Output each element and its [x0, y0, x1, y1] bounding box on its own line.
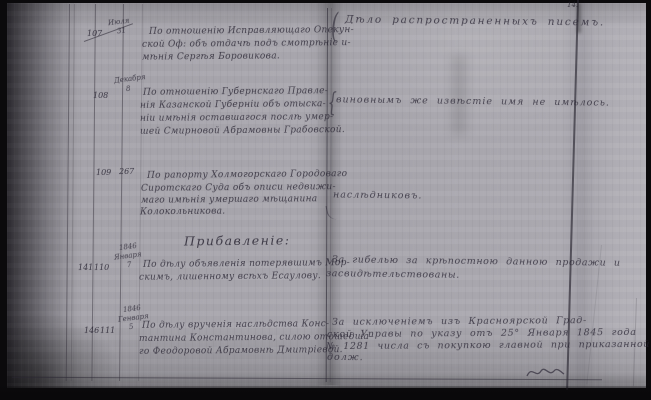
entry3-number2: 267: [119, 167, 134, 176]
entry1-line: По отношенію Исправляющаго Опекун-: [149, 25, 354, 37]
entry5-number: 146: [84, 326, 99, 335]
entry2-line: нія Казанской Губерніи объ отыска-: [140, 99, 326, 111]
entry3-line: По рапорту Холмогорскаго Городоваго: [147, 169, 347, 181]
entry3-number: 109: [96, 168, 111, 177]
entry5-line: го Феодоровой Абрамовнѣ Дмитріевой.: [139, 345, 343, 357]
section-heading: Прибавленіе:: [184, 233, 291, 249]
entry2-number: 108: [93, 91, 108, 100]
entry4-number: 141: [78, 263, 93, 272]
entry3-line: маго имѣнія умершаго мѣщанина: [141, 194, 318, 206]
entry4-number2: 110: [94, 263, 109, 272]
opening-paren-mark: (: [331, 6, 338, 46]
entry4-line: По дѣлу объявленія потерявшимъ Мор-: [143, 258, 350, 270]
scanned-register-page: 14. Июля 31 107 По отношенію Исправляюща…: [0, 0, 651, 400]
entry3-line: Колокольникова.: [140, 207, 226, 218]
signature-scribble: [524, 361, 566, 383]
entry2-date-day: 8: [126, 85, 131, 93]
bottom-black-border: [0, 386, 651, 400]
entry1-line: мѣнія Сергѣя Боровикова.: [142, 51, 280, 62]
resolution4-line: засвидѣтельствованы.: [326, 268, 460, 281]
entry5-line: По дѣлу врученія наслѣдства Конс-: [142, 319, 329, 331]
entry3-line: Сиротскаго Суда объ описи недвижи-: [141, 182, 336, 194]
folio-number: 14.: [567, 1, 578, 9]
entry1-line: ской Оф: объ отдачѣ подъ смотрѣніе и-: [142, 38, 351, 50]
entry2-line: ніи имѣнія оставшагося послѣ умер-: [140, 112, 333, 124]
entry2-line: шей Смирновой Абрамовны Грабовской.: [140, 125, 345, 137]
resolution5-line: За исключеніемъ изъ Красноярской Град-: [332, 315, 587, 328]
entry5-number2: 111: [100, 326, 115, 335]
resolution5-line: ской Управы по указу отъ 25° Января 1845…: [327, 327, 637, 340]
resolution5-line: долж.: [327, 352, 364, 363]
entry4-line: скимъ, лишенному всѣхъ Есаулову.: [139, 271, 321, 283]
entry2-line: По отношенію Губернскаго Правле-: [143, 86, 328, 98]
resolution3-line: наслѣдниковъ.: [333, 189, 422, 201]
resolution5-line: № 1281 числа съ покупкою главной при при…: [326, 339, 650, 352]
entry4-date-day: 7: [127, 261, 132, 269]
entry5-date-day: 5: [129, 323, 134, 331]
